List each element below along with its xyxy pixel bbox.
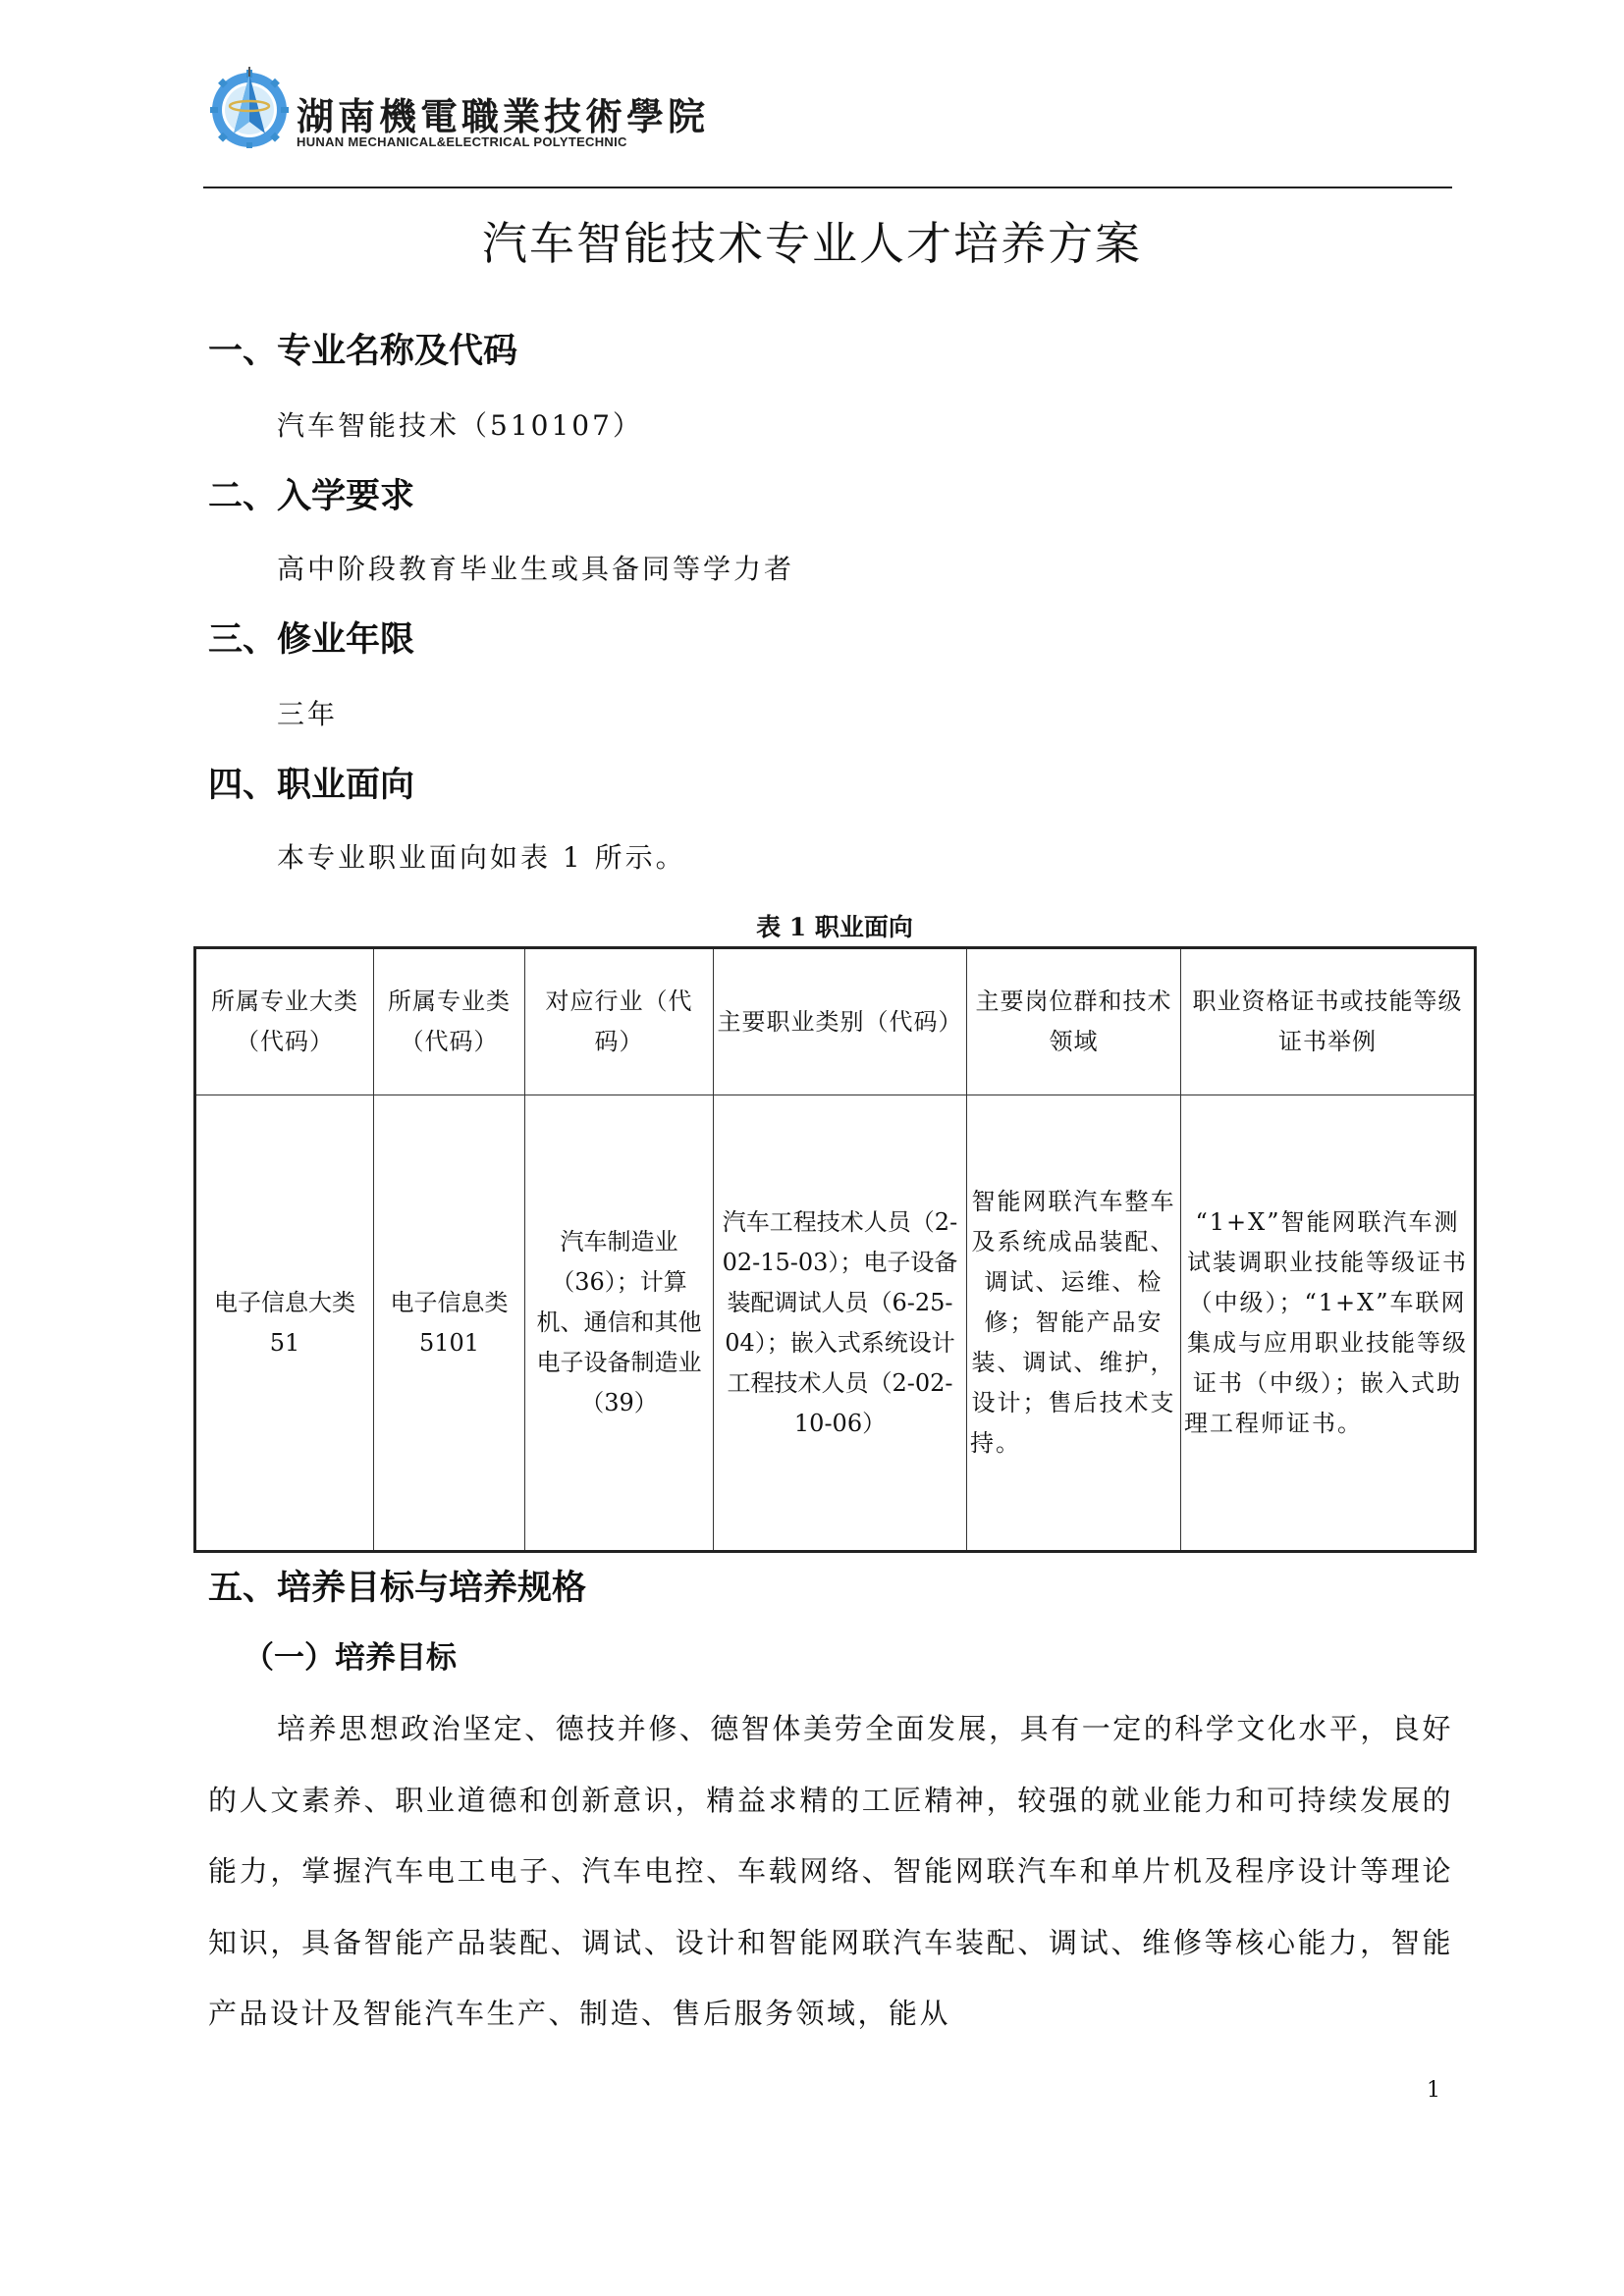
table-cell: 汽车工程技术人员（2-02-15-03）；电子设备装配调试人员（6-25-04）… xyxy=(714,1095,967,1552)
column-header: 所属专业大类（代码） xyxy=(195,948,374,1095)
column-header: 对应行业（代码） xyxy=(525,948,714,1095)
table-cell: 电子信息类 5101 xyxy=(374,1095,525,1552)
section-4-heading: 四、职业面向 xyxy=(208,758,414,807)
column-header: 职业资格证书或技能等级证书举例 xyxy=(1181,948,1476,1095)
table-caption: 表 1 职业面向 xyxy=(0,908,1624,943)
section-3-body: 三年 xyxy=(277,693,338,732)
table-header-row: 所属专业大类（代码） 所属专业类（代码） 对应行业（代码） 主要职业类别（代码）… xyxy=(195,948,1476,1095)
section-1-heading: 一、专业名称及代码 xyxy=(208,324,517,373)
section-1-body: 汽车智能技术（510107） xyxy=(277,404,643,444)
college-gear-emblem-icon xyxy=(208,67,291,149)
table-cell: 汽车制造业（36）；计算机、通信和其他电子设备制造业（39） xyxy=(525,1095,714,1552)
section-3-heading: 三、修业年限 xyxy=(208,613,414,662)
column-header: 主要职业类别（代码） xyxy=(714,948,967,1095)
page-number: 1 xyxy=(1427,2078,1440,2103)
table-cell: 智能网联汽车整车及系统成品装配、调试、运维、检修；智能产品安装、调试、维护，设计… xyxy=(967,1095,1181,1552)
document-title: 汽车智能技术专业人才培养方案 xyxy=(0,208,1624,273)
section-2-body: 高中阶段教育毕业生或具备同等学力者 xyxy=(277,548,794,587)
column-header: 主要岗位群和技术领域 xyxy=(967,948,1181,1095)
section-5-1-body: 培养思想政治坚定、德技并修、德智体美劳全面发展，具有一定的科学文化水平，良好的人… xyxy=(208,1693,1453,2050)
header-divider xyxy=(203,187,1452,188)
section-5-1-heading: （一）培养目标 xyxy=(244,1632,457,1677)
header-logo xyxy=(208,67,291,149)
section-2-heading: 二、入学要求 xyxy=(208,469,414,518)
section-5-heading: 五、培养目标与培养规格 xyxy=(208,1561,586,1610)
career-orientation-table: 所属专业大类（代码） 所属专业类（代码） 对应行业（代码） 主要职业类别（代码）… xyxy=(193,946,1477,1553)
table-cell: “1+X”智能网联汽车测试装调职业技能等级证书（中级）；“1+X”车联网集成与应… xyxy=(1181,1095,1476,1552)
column-header: 所属专业类（代码） xyxy=(374,948,525,1095)
table-cell: 电子信息大类 51 xyxy=(195,1095,374,1552)
section-4-body: 本专业职业面向如表 1 所示。 xyxy=(277,836,686,876)
institution-name-cn: 湖南機電職業技術學院 xyxy=(297,86,709,140)
table-row: 电子信息大类 51 电子信息类 5101 汽车制造业（36）；计算机、通信和其他… xyxy=(195,1095,1476,1552)
institution-name-en: HUNAN MECHANICAL&ELECTRICAL POLYTECHNIC xyxy=(297,134,627,149)
